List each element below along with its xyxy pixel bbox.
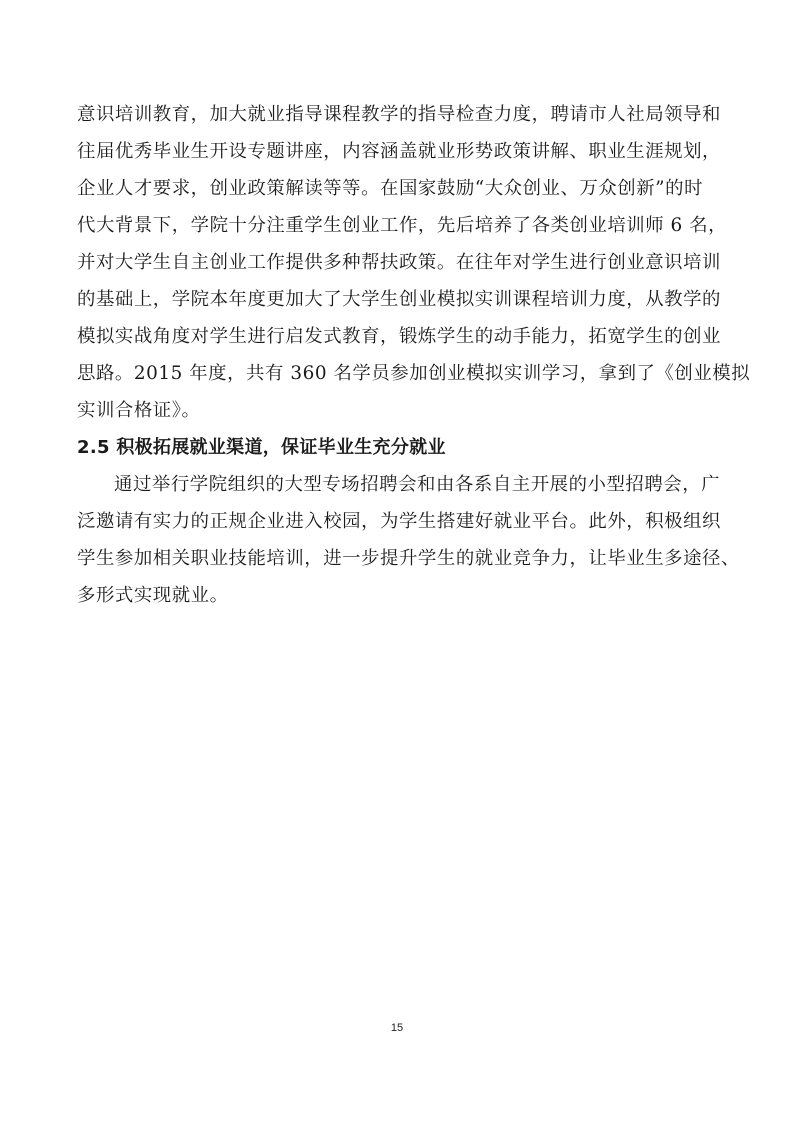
paragraph-employment-channels: 通过举行学院组织的大型专场招聘会和由各系自主开展的小型招聘会，广 泛邀请有实力的… [77,471,717,619]
text-line: 学生参加相关职业技能培训，进一步提升学生的就业竞争力，让毕业生多途径、 [77,545,717,582]
text-line: 思路。2015 年度，共有 360 名学员参加创业模拟实训学习，拿到了《创业模拟 [77,360,717,397]
text-line: 往届优秀毕业生开设专题讲座，内容涵盖就业形势政策讲解、职业生涯规划， [77,138,717,175]
text-line: 泛邀请有实力的正规企业进入校园，为学生搭建好就业平台。此外，积极组织 [77,508,717,545]
text-line: 企业人才要求，创业政策解读等等。在国家鼓励“大众创业、万众创新”的时 [77,175,717,212]
text-line: 的基础上，学院本年度更加大了大学生创业模拟实训课程培训力度，从教学的 [77,286,717,323]
text-line: 通过举行学院组织的大型专场招聘会和由各系自主开展的小型招聘会，广 [77,471,717,508]
page-body: 意识培训教育，加大就业指导课程教学的指导检查力度，聘请市人社局领导和 往届优秀毕… [77,101,717,619]
text-line: 实训合格证》。 [77,397,717,434]
text-line: 多形式实现就业。 [77,582,717,619]
text-line: 并对大学生自主创业工作提供多种帮扶政策。在往年对学生进行创业意识培训 [77,249,717,286]
paragraph-continuation: 意识培训教育，加大就业指导课程教学的指导检查力度，聘请市人社局领导和 往届优秀毕… [77,101,717,434]
text-line: 模拟实战角度对学生进行启发式教育，锻炼学生的动手能力，拓宽学生的创业 [77,323,717,360]
section-heading: 2.5 积极拓展就业渠道，保证毕业生充分就业 [77,434,717,471]
text-line: 代大背景下，学院十分注重学生创业工作，先后培养了各类创业培训师 6 名， [77,212,717,249]
page-number: 15 [0,1022,794,1034]
document-page: 意识培训教育，加大就业指导课程教学的指导检查力度，聘请市人社局领导和 往届优秀毕… [0,0,794,1123]
text-line: 意识培训教育，加大就业指导课程教学的指导检查力度，聘请市人社局领导和 [77,101,717,138]
